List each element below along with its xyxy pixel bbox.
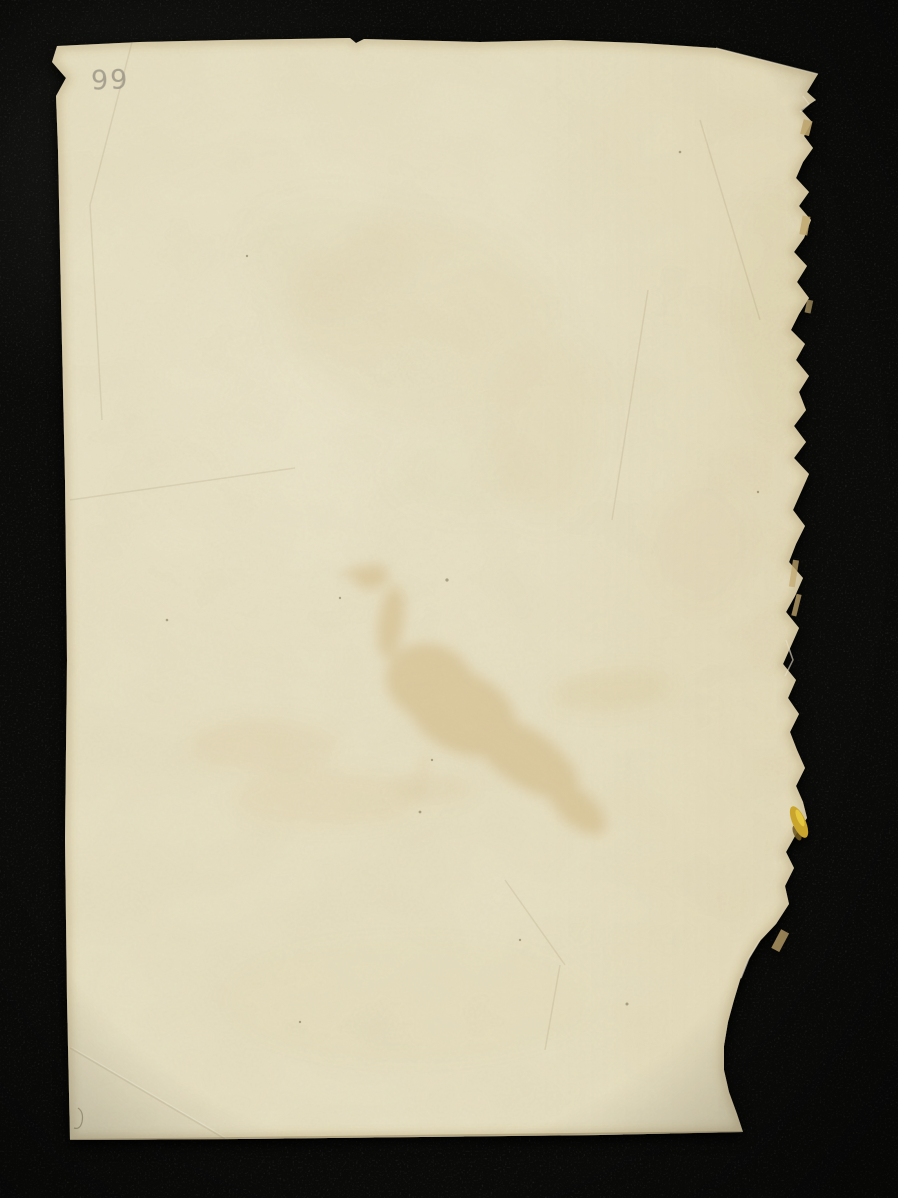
antique-page-photo: 99 (0, 0, 898, 1198)
photograph: 99 (0, 0, 898, 1198)
photo-vignette (0, 0, 898, 1198)
